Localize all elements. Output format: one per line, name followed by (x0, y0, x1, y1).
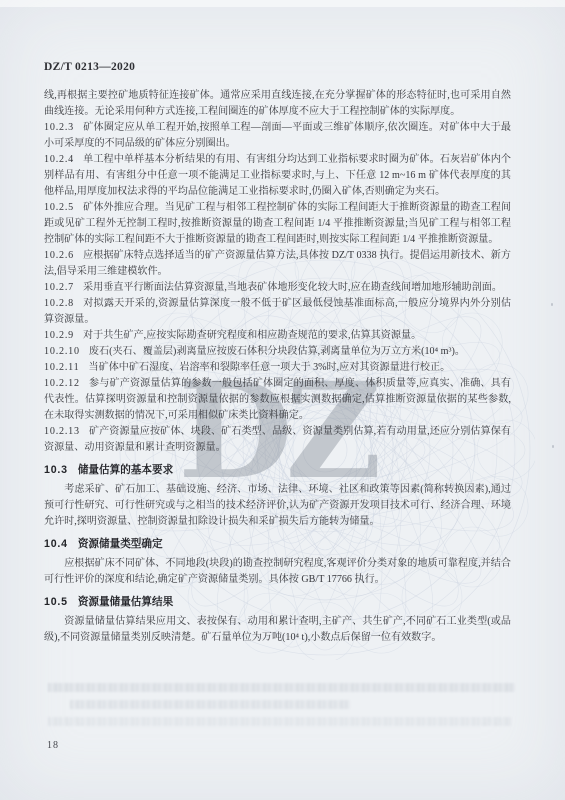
section-number: 10.5 (44, 596, 68, 608)
paragraph: 10.2.5矿体外推应合理。当见矿工程与相邻工程控制矿体的实际工程间距大于推断资… (44, 200, 511, 248)
paragraph: 10.2.12参与矿产资源量估算的参数一般包括矿体圈定的面积、厚度、体积质量等,… (44, 376, 511, 424)
paragraph-text: 对拟露天开采的,资源量估算深度一般不低于矿区最低侵蚀基准面标高,一般应分境界内外… (44, 298, 511, 325)
paragraph-text: 应根据矿床特点选择适当的矿产资源量估算方法,具体按 DZ/T 0338 执行。提… (44, 250, 511, 277)
paragraph-text: 资源量储量估算结果 (78, 596, 173, 608)
clause-number: 10.2.3 (44, 122, 74, 133)
paragraph: 10.2.11当矿体中矿石湿度、岩溶率和裂隙率任意一项大于 3%时,应对其资源量… (44, 360, 511, 376)
paragraph: 线,再根据主要控矿地质特征连接矿体。通常应采用直线连接,在充分掌握矿体的形态特征… (44, 88, 511, 120)
scan-speck (551, 303, 553, 306)
paragraph-text: 考虑采矿、矿石加工、基础设施、经济、市场、法律、环境、社区和政策等因素(简称转换… (44, 484, 511, 527)
paragraph-text: 废石(夹石、覆盖层)剥离量应按废石体积分块段估算,剥离量单位为万立方米(10⁴ … (89, 346, 465, 357)
section-number: 10.4 (44, 538, 68, 550)
page-showthrough-line (48, 717, 511, 726)
page-number: 18 (47, 740, 59, 751)
paragraph-text: 参与矿产资源量估算的参数一般包括矿体圈定的面积、厚度、体积质量等,应真实、准确、… (44, 378, 511, 421)
section-heading: 10.3储量估算的基本要求 (44, 462, 511, 478)
scanned-standard-page: DZ DZ/T 0213—2020 线,再根据主要控矿地质特征连接矿体。通常应采… (0, 0, 565, 800)
document-body: 线,再根据主要控矿地质特征连接矿体。通常应采用直线连接,在充分掌握矿体的形态特征… (44, 88, 511, 646)
paragraph: 10.2.6应根据矿床特点选择适当的矿产资源量估算方法,具体按 DZ/T 033… (44, 248, 511, 280)
paragraph-text: 矿体圈定应从单工程开始,按照单工程—剖面—平面或三维矿体顺序,依次圈连。对矿体中… (44, 122, 511, 149)
clause-number: 10.2.13 (44, 426, 80, 437)
paragraph-text: 矿产资源量应按矿体、块段、矿石类型、品级、资源量类别估算,若有动用量,还应分别估… (44, 426, 511, 453)
paragraph-text: 线,再根据主要控矿地质特征连接矿体。通常应采用直线连接,在充分掌握矿体的形态特征… (44, 90, 511, 117)
scan-edge-artifact (0, 0, 565, 7)
paragraph-text: 应根据矿床不同矿体、不同地段(块段)的勘查控制研究程度,客观评价分类对象的地质可… (44, 558, 511, 585)
paragraph-text: 单工程中单样基本分析结果的有用、有害组分均达到工业指标要求时圈为矿体。石灰岩矿体… (44, 154, 511, 197)
paragraph: 资源量储量估算结果应用文、表按保有、动用和累计查明,主矿产、共生矿产,不同矿石工… (44, 614, 511, 646)
section-heading: 10.5资源量储量估算结果 (44, 594, 511, 610)
paragraph: 10.2.9对于共生矿产,应按实际勘查研究程度和相应勘查规范的要求,估算其资源量… (44, 328, 511, 344)
paragraph-text: 当矿体中矿石湿度、岩溶率和裂隙率任意一项大于 3%时,应对其资源量进行校正。 (89, 362, 451, 373)
clause-number: 10.2.10 (44, 346, 80, 357)
paragraph: 应根据矿床不同矿体、不同地段(块段)的勘查控制研究程度,客观评价分类对象的地质可… (44, 556, 511, 588)
clause-number: 10.2.8 (44, 298, 74, 309)
clause-number: 10.2.6 (44, 250, 74, 261)
paragraph-text: 资源储量类型确定 (78, 538, 163, 550)
section-heading: 10.4资源储量类型确定 (44, 536, 511, 552)
paragraph-text: 对于共生矿产,应按实际勘查研究程度和相应勘查规范的要求,估算其资源量。 (83, 330, 421, 341)
standard-code-header: DZ/T 0213—2020 (44, 61, 135, 73)
page-showthrough-line (48, 683, 515, 692)
paragraph: 10.2.3矿体圈定应从单工程开始,按照单工程—剖面—平面或三维矿体顺序,依次圈… (44, 120, 511, 152)
paragraph: 10.2.8对拟露天开采的,资源量估算深度一般不低于矿区最低侵蚀基准面标高,一般… (44, 296, 511, 328)
paragraph: 10.2.7采用垂直平行断面法估算资源量,当地表矿体地形变化较大时,应在勘查线间… (44, 280, 511, 296)
clause-number: 10.2.7 (44, 282, 74, 293)
clause-number: 10.2.12 (44, 378, 80, 389)
clause-number: 10.2.5 (44, 202, 74, 213)
paragraph-text: 资源量储量估算结果应用文、表按保有、动用和累计查明,主矿产、共生矿产,不同矿石工… (44, 616, 511, 643)
clause-number: 10.2.9 (44, 330, 74, 341)
clause-number: 10.2.4 (44, 154, 74, 165)
paragraph: 10.2.10废石(夹石、覆盖层)剥离量应按废石体积分块段估算,剥离量单位为万立… (44, 344, 511, 360)
paragraph-text: 矿体外推应合理。当见矿工程与相邻工程控制矿体的实际工程间距大于推断资源量的勘查工… (44, 202, 511, 245)
paragraph-text: 采用垂直平行断面法估算资源量,当地表矿体地形变化较大时,应在勘查线间增加地形辅助… (83, 282, 502, 293)
clause-number: 10.2.11 (44, 362, 80, 373)
paragraph: 10.2.4单工程中单样基本分析结果的有用、有害组分均达到工业指标要求时圈为矿体… (44, 152, 511, 200)
paragraph: 考虑采矿、矿石加工、基础设施、经济、市场、法律、环境、社区和政策等因素(简称转换… (44, 482, 511, 530)
page-showthrough-line (70, 700, 350, 709)
paragraph-text: 储量估算的基本要求 (78, 464, 173, 476)
section-number: 10.3 (44, 464, 68, 476)
paragraph: 10.2.13矿产资源量应按矿体、块段、矿石类型、品级、资源量类别估算,若有动用… (44, 424, 511, 456)
scan-speck (552, 445, 554, 448)
